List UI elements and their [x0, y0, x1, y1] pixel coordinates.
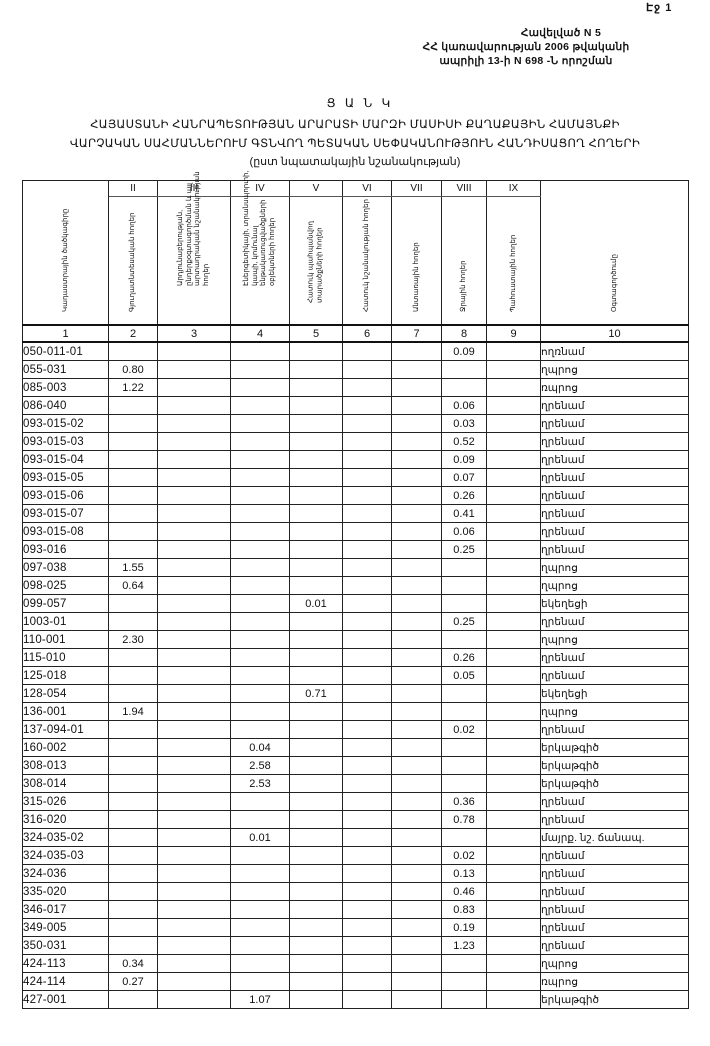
area-cell-c4	[231, 523, 290, 541]
area-cell-c2	[109, 397, 158, 415]
page-number: Էջ 1	[646, 1, 672, 14]
area-cell-c5	[290, 901, 343, 919]
annex-line-3: ապրիլի 13-ի N 698 -Ն որոշման	[366, 54, 686, 68]
area-cell-c3	[158, 901, 231, 919]
area-cell-c2: 2.30	[109, 631, 158, 649]
area-cell-c2	[109, 739, 158, 757]
area-cell-c3	[158, 739, 231, 757]
land-use-cell: ղրենամ	[541, 433, 689, 451]
annex-line-2: ՀՀ կառավարության 2006 թվականի	[366, 40, 686, 54]
area-cell-c4	[231, 559, 290, 577]
area-cell-c2: 0.34	[109, 955, 158, 973]
area-cell-c3	[158, 505, 231, 523]
column-header-text: Հատուկ պահպանվող տարածքների հողեր	[308, 183, 325, 303]
land-use-cell: ղրենամ	[541, 919, 689, 937]
cadastral-code-cell: 136-001	[23, 703, 109, 721]
area-cell-c4	[231, 613, 290, 631]
column-number: 9	[487, 325, 541, 342]
area-cell-c4: 0.04	[231, 739, 290, 757]
land-use-cell: ղրենամ	[541, 469, 689, 487]
table-row: 316-0200.78ղրենամ	[23, 811, 689, 829]
area-cell-c8	[442, 775, 487, 793]
area-cell-c7	[392, 919, 442, 937]
area-cell-c7	[392, 397, 442, 415]
area-cell-c4	[231, 505, 290, 523]
cadastral-code-cell: 098-025	[23, 577, 109, 595]
area-cell-c3	[158, 811, 231, 829]
column-header-5: Հատուկ պահպանվող տարածքների հողեր	[290, 197, 343, 326]
title-line-2: ՎԱՐՉԱԿԱՆ ՍԱՀՄԱՆՆԵՐՈՒՄ ԳՏՆՎՈՂ ՊԵՏԱԿԱՆ ՍԵՓ…	[0, 135, 710, 154]
area-cell-c7	[392, 937, 442, 955]
land-use-cell: եկեղեցի	[541, 685, 689, 703]
area-cell-c3	[158, 973, 231, 991]
column-header-text: Պահուստային հողեր	[509, 192, 518, 312]
area-cell-c3	[158, 991, 231, 1009]
area-cell-c2	[109, 883, 158, 901]
land-use-cell: ղրենամ	[541, 613, 689, 631]
land-use-cell: ղպրոց	[541, 955, 689, 973]
area-cell-c8: 0.09	[442, 342, 487, 361]
area-cell-c9	[487, 397, 541, 415]
area-cell-c2	[109, 469, 158, 487]
area-cell-c3	[158, 631, 231, 649]
area-cell-c7	[392, 595, 442, 613]
area-cell-c8: 0.78	[442, 811, 487, 829]
table-row: 085-0031.22ռպրոց	[23, 379, 689, 397]
area-cell-c6	[343, 361, 392, 379]
area-cell-c2	[109, 613, 158, 631]
area-cell-c6	[343, 505, 392, 523]
table-row: 324-0360.13ղրենամ	[23, 865, 689, 883]
area-cell-c3	[158, 919, 231, 937]
area-cell-c4	[231, 342, 290, 361]
column-number: 4	[231, 325, 290, 342]
area-cell-c3	[158, 577, 231, 595]
area-cell-c9	[487, 775, 541, 793]
area-cell-c5	[290, 775, 343, 793]
land-use-cell: ղրենամ	[541, 451, 689, 469]
area-cell-c9	[487, 811, 541, 829]
area-cell-c7	[392, 703, 442, 721]
cadastral-code-cell: 093-015-04	[23, 451, 109, 469]
title-line-1: ՀԱՅԱՍՏԱՆԻ ՀԱՆՐԱՊԵՏՈՒԹՅԱՆ ԱՐԱՐԱՏԻ ՄԱՐԶԻ Մ…	[0, 116, 710, 135]
area-cell-c7	[392, 649, 442, 667]
area-cell-c4	[231, 667, 290, 685]
area-cell-c2	[109, 415, 158, 433]
area-cell-c2	[109, 595, 158, 613]
area-cell-c6	[343, 523, 392, 541]
area-cell-c5	[290, 523, 343, 541]
area-cell-c6	[343, 721, 392, 739]
area-cell-c4	[231, 433, 290, 451]
area-cell-c6	[343, 829, 392, 847]
area-cell-c5	[290, 973, 343, 991]
area-cell-c8: 0.52	[442, 433, 487, 451]
cadastral-code-cell: 324-035-02	[23, 829, 109, 847]
area-cell-c4	[231, 361, 290, 379]
area-cell-c2	[109, 505, 158, 523]
area-cell-c8: 0.46	[442, 883, 487, 901]
area-cell-c9	[487, 883, 541, 901]
area-cell-c9	[487, 865, 541, 883]
cadastral-code-cell: 346-017	[23, 901, 109, 919]
area-cell-c9	[487, 631, 541, 649]
land-use-cell: ղրենամ	[541, 523, 689, 541]
area-cell-c8	[442, 577, 487, 595]
area-cell-c7	[392, 433, 442, 451]
land-use-cell: ղրենամ	[541, 415, 689, 433]
area-cell-c3	[158, 613, 231, 631]
area-cell-c6	[343, 991, 392, 1009]
table-row: 093-015-060.26ղրենամ	[23, 487, 689, 505]
area-cell-c3	[158, 775, 231, 793]
area-cell-c9	[487, 469, 541, 487]
area-cell-c4	[231, 649, 290, 667]
table-row: 093-015-040.09ղրենամ	[23, 451, 689, 469]
area-cell-c2	[109, 721, 158, 739]
area-cell-c2	[109, 865, 158, 883]
area-cell-c3	[158, 847, 231, 865]
area-cell-c2	[109, 342, 158, 361]
land-use-cell: երկաթգիծ	[541, 775, 689, 793]
area-cell-c7	[392, 901, 442, 919]
area-cell-c6	[343, 883, 392, 901]
cadastral-code-cell: 099-057	[23, 595, 109, 613]
area-cell-c8: 0.26	[442, 487, 487, 505]
cadastral-code-cell: 315-026	[23, 793, 109, 811]
area-cell-c6	[343, 397, 392, 415]
area-cell-c5	[290, 919, 343, 937]
table-row: 128-0540.71եկեղեցի	[23, 685, 689, 703]
area-cell-c3	[158, 685, 231, 703]
column-header-text: Օգտագործումը	[610, 192, 619, 312]
area-cell-c5	[290, 379, 343, 397]
area-cell-c4	[231, 595, 290, 613]
cadastral-code-cell: 093-015-02	[23, 415, 109, 433]
cadastral-code-cell: 086-040	[23, 397, 109, 415]
area-cell-c5	[290, 649, 343, 667]
area-cell-c9	[487, 451, 541, 469]
area-cell-c4	[231, 865, 290, 883]
area-cell-c9	[487, 919, 541, 937]
cadastral-code-cell: 335-020	[23, 883, 109, 901]
table-body: 050-011-010.09ողռնամ055-0310.80ղպրոց085-…	[23, 342, 689, 1009]
column-number: 3	[158, 325, 231, 342]
area-cell-c9	[487, 991, 541, 1009]
area-cell-c5	[290, 739, 343, 757]
area-cell-c4	[231, 397, 290, 415]
table-row: 093-0160.25ղրենամ	[23, 541, 689, 559]
area-cell-c6	[343, 901, 392, 919]
area-cell-c9	[487, 721, 541, 739]
area-cell-c8	[442, 361, 487, 379]
area-cell-c6	[343, 775, 392, 793]
table-row: 086-0400.06ղրենամ	[23, 397, 689, 415]
land-use-cell: երկաթգիծ	[541, 991, 689, 1009]
area-cell-c8	[442, 379, 487, 397]
area-cell-c6	[343, 955, 392, 973]
column-header-7: Անտառային հողեր	[392, 197, 442, 326]
area-cell-c2	[109, 775, 158, 793]
area-cell-c4	[231, 883, 290, 901]
cadastral-code-cell: 115-010	[23, 649, 109, 667]
column-number: 6	[343, 325, 392, 342]
land-use-cell: ղպրոց	[541, 631, 689, 649]
area-cell-c3	[158, 829, 231, 847]
area-cell-c5	[290, 991, 343, 1009]
area-cell-c4	[231, 703, 290, 721]
area-cell-c4	[231, 451, 290, 469]
table-row: 424-1140.27ռպրոց	[23, 973, 689, 991]
table-row: 115-0100.26ղրենամ	[23, 649, 689, 667]
table-row: 346-0170.83ղրենամ	[23, 901, 689, 919]
land-use-cell: ղրենամ	[541, 649, 689, 667]
area-cell-c4: 0.01	[231, 829, 290, 847]
column-header-1: Կադաստրային ծածկագիրը	[23, 181, 109, 326]
land-use-cell: ղրենամ	[541, 793, 689, 811]
area-cell-c5	[290, 829, 343, 847]
land-use-cell: ղրենամ	[541, 721, 689, 739]
area-cell-c3	[158, 595, 231, 613]
area-cell-c6	[343, 451, 392, 469]
table-row: 160-0020.04երկաթգիծ	[23, 739, 689, 757]
area-cell-c9	[487, 415, 541, 433]
table-row: 424-1130.34ղպրոց	[23, 955, 689, 973]
land-use-cell: ղրենամ	[541, 541, 689, 559]
land-use-cell: ղրենամ	[541, 667, 689, 685]
area-cell-c2	[109, 541, 158, 559]
area-cell-c9	[487, 667, 541, 685]
table-row: 055-0310.80ղպրոց	[23, 361, 689, 379]
area-cell-c8	[442, 991, 487, 1009]
cadastral-code-cell: 050-011-01	[23, 342, 109, 361]
area-cell-c6	[343, 811, 392, 829]
area-cell-c6	[343, 469, 392, 487]
area-cell-c2	[109, 919, 158, 937]
area-cell-c5	[290, 667, 343, 685]
area-cell-c5	[290, 937, 343, 955]
cadastral-code-cell: 110-001	[23, 631, 109, 649]
area-cell-c4	[231, 811, 290, 829]
area-cell-c6	[343, 433, 392, 451]
area-cell-c9	[487, 487, 541, 505]
area-cell-c4	[231, 919, 290, 937]
cadastral-code-cell: 324-035-03	[23, 847, 109, 865]
column-header-text: Անտառային հողեր	[412, 192, 421, 312]
area-cell-c5	[290, 793, 343, 811]
area-cell-c5	[290, 847, 343, 865]
land-use-cell: ղպրոց	[541, 703, 689, 721]
area-cell-c5	[290, 811, 343, 829]
table-row: 335-0200.46ղրենամ	[23, 883, 689, 901]
area-cell-c6	[343, 667, 392, 685]
area-cell-c4	[231, 955, 290, 973]
area-cell-c5	[290, 397, 343, 415]
area-cell-c4	[231, 487, 290, 505]
land-use-cell: երկաթգիծ	[541, 739, 689, 757]
area-cell-c7	[392, 685, 442, 703]
area-cell-c4	[231, 631, 290, 649]
table-row: 137-094-010.02ղրենամ	[23, 721, 689, 739]
area-cell-c9	[487, 649, 541, 667]
area-cell-c3	[158, 433, 231, 451]
area-cell-c7	[392, 559, 442, 577]
area-cell-c9	[487, 793, 541, 811]
area-cell-c7	[392, 487, 442, 505]
area-cell-c5	[290, 577, 343, 595]
area-cell-c9	[487, 901, 541, 919]
column-header-10: Օգտագործումը	[541, 181, 689, 326]
area-cell-c7	[392, 541, 442, 559]
table-row: 349-0050.19ղրենամ	[23, 919, 689, 937]
land-use-cell: ռպրոց	[541, 973, 689, 991]
area-cell-c3	[158, 415, 231, 433]
area-cell-c7	[392, 721, 442, 739]
area-cell-c7	[392, 829, 442, 847]
area-cell-c5	[290, 361, 343, 379]
column-header-4: Էներգետիկայի, տրանսպորտի, կապի, կոմունալ…	[231, 197, 290, 326]
area-cell-c9	[487, 595, 541, 613]
table-row: 308-0132.58երկաթգիծ	[23, 757, 689, 775]
area-cell-c3	[158, 955, 231, 973]
area-cell-c7	[392, 523, 442, 541]
area-cell-c8: 0.03	[442, 415, 487, 433]
area-cell-c5	[290, 433, 343, 451]
area-cell-c2: 0.64	[109, 577, 158, 595]
area-cell-c4	[231, 415, 290, 433]
area-cell-c5: 0.71	[290, 685, 343, 703]
land-use-cell: ղրենամ	[541, 487, 689, 505]
area-cell-c4	[231, 973, 290, 991]
area-cell-c3	[158, 541, 231, 559]
area-cell-c4	[231, 793, 290, 811]
area-cell-c2	[109, 667, 158, 685]
area-cell-c9	[487, 433, 541, 451]
area-cell-c7	[392, 739, 442, 757]
area-cell-c7	[392, 865, 442, 883]
area-cell-c4	[231, 901, 290, 919]
title-heading: Ց Ա Ն Կ	[0, 96, 710, 110]
column-header-text: Կադաստրային ծածկագիրը	[61, 192, 70, 312]
cadastral-code-cell: 093-016	[23, 541, 109, 559]
area-cell-c3	[158, 397, 231, 415]
area-cell-c3	[158, 342, 231, 361]
area-cell-c9	[487, 703, 541, 721]
area-cell-c9	[487, 613, 541, 631]
area-cell-c6	[343, 342, 392, 361]
area-cell-c8: 0.41	[442, 505, 487, 523]
area-cell-c5	[290, 469, 343, 487]
area-cell-c9	[487, 523, 541, 541]
area-cell-c4	[231, 469, 290, 487]
area-cell-c3	[158, 559, 231, 577]
cadastral-code-cell: 093-015-03	[23, 433, 109, 451]
column-number: 7	[392, 325, 442, 342]
column-header-8: Ջրային հողեր	[442, 197, 487, 326]
area-cell-c4	[231, 721, 290, 739]
cadastral-code-cell: 1003-01	[23, 613, 109, 631]
column-header-2: Գյուղատնտեսական հողեր	[109, 197, 158, 326]
area-cell-c8: 0.13	[442, 865, 487, 883]
table-row: 315-0260.36ղրենամ	[23, 793, 689, 811]
land-use-cell: ղրենամ	[541, 847, 689, 865]
area-cell-c4	[231, 685, 290, 703]
area-cell-c2	[109, 523, 158, 541]
area-cell-c6	[343, 973, 392, 991]
area-cell-c8: 0.83	[442, 901, 487, 919]
area-cell-c6	[343, 847, 392, 865]
area-cell-c7	[392, 991, 442, 1009]
column-number-row: 1 2 3 4 5 6 7 8 9 10	[23, 325, 689, 342]
area-cell-c6	[343, 793, 392, 811]
area-cell-c7	[392, 667, 442, 685]
area-cell-c6	[343, 757, 392, 775]
column-number: 1	[23, 325, 109, 342]
area-cell-c5	[290, 955, 343, 973]
area-cell-c6	[343, 703, 392, 721]
table-row: 324-035-030.02ղրենամ	[23, 847, 689, 865]
area-cell-c6	[343, 487, 392, 505]
land-use-cell: ղրենամ	[541, 505, 689, 523]
area-cell-c8: 0.07	[442, 469, 487, 487]
area-cell-c6	[343, 739, 392, 757]
area-cell-c8	[442, 829, 487, 847]
area-cell-c5	[290, 451, 343, 469]
cadastral-code-cell: 424-113	[23, 955, 109, 973]
area-cell-c7	[392, 883, 442, 901]
area-cell-c4: 2.58	[231, 757, 290, 775]
land-use-cell: ղրենամ	[541, 811, 689, 829]
area-cell-c7	[392, 775, 442, 793]
cadastral-code-cell: 160-002	[23, 739, 109, 757]
column-header-9: Պահուստային հողեր	[487, 197, 541, 326]
cadastral-code-cell: 093-015-08	[23, 523, 109, 541]
area-cell-c3	[158, 469, 231, 487]
cadastral-code-cell: 427-001	[23, 991, 109, 1009]
area-cell-c7	[392, 757, 442, 775]
area-cell-c4	[231, 541, 290, 559]
area-cell-c8: 0.06	[442, 397, 487, 415]
area-cell-c2: 1.22	[109, 379, 158, 397]
table-row: 050-011-010.09ողռնամ	[23, 342, 689, 361]
area-cell-c6	[343, 865, 392, 883]
cadastral-code-cell: 093-015-07	[23, 505, 109, 523]
area-cell-c8: 0.02	[442, 847, 487, 865]
area-cell-c6	[343, 919, 392, 937]
area-cell-c9	[487, 739, 541, 757]
area-cell-c9	[487, 847, 541, 865]
table-row: 125-0180.05ղրենամ	[23, 667, 689, 685]
area-cell-c6	[343, 613, 392, 631]
column-header-text: Ջրային հողեր	[460, 192, 469, 312]
document-title: Ց Ա Ն Կ ՀԱՅԱՍՏԱՆԻ ՀԱՆՐԱՊԵՏՈՒԹՅԱՆ ԱՐԱՐԱՏԻ…	[0, 96, 710, 171]
area-cell-c8: 0.26	[442, 649, 487, 667]
land-use-cell: ռպրոց	[541, 379, 689, 397]
cadastral-code-cell: 097-038	[23, 559, 109, 577]
area-cell-c3	[158, 361, 231, 379]
area-cell-c8	[442, 703, 487, 721]
land-use-cell: ողռնամ	[541, 342, 689, 361]
area-cell-c2	[109, 829, 158, 847]
area-cell-c7	[392, 955, 442, 973]
area-cell-c5	[290, 613, 343, 631]
table-row: 093-015-050.07ղրենամ	[23, 469, 689, 487]
area-cell-c3	[158, 703, 231, 721]
column-header-3: Արդյունաբերության, ընդերքօգտագործման և ա…	[158, 197, 231, 326]
area-cell-c6	[343, 685, 392, 703]
land-use-cell: մայրք. նշ. ճանապ.	[541, 829, 689, 847]
column-number: 5	[290, 325, 343, 342]
